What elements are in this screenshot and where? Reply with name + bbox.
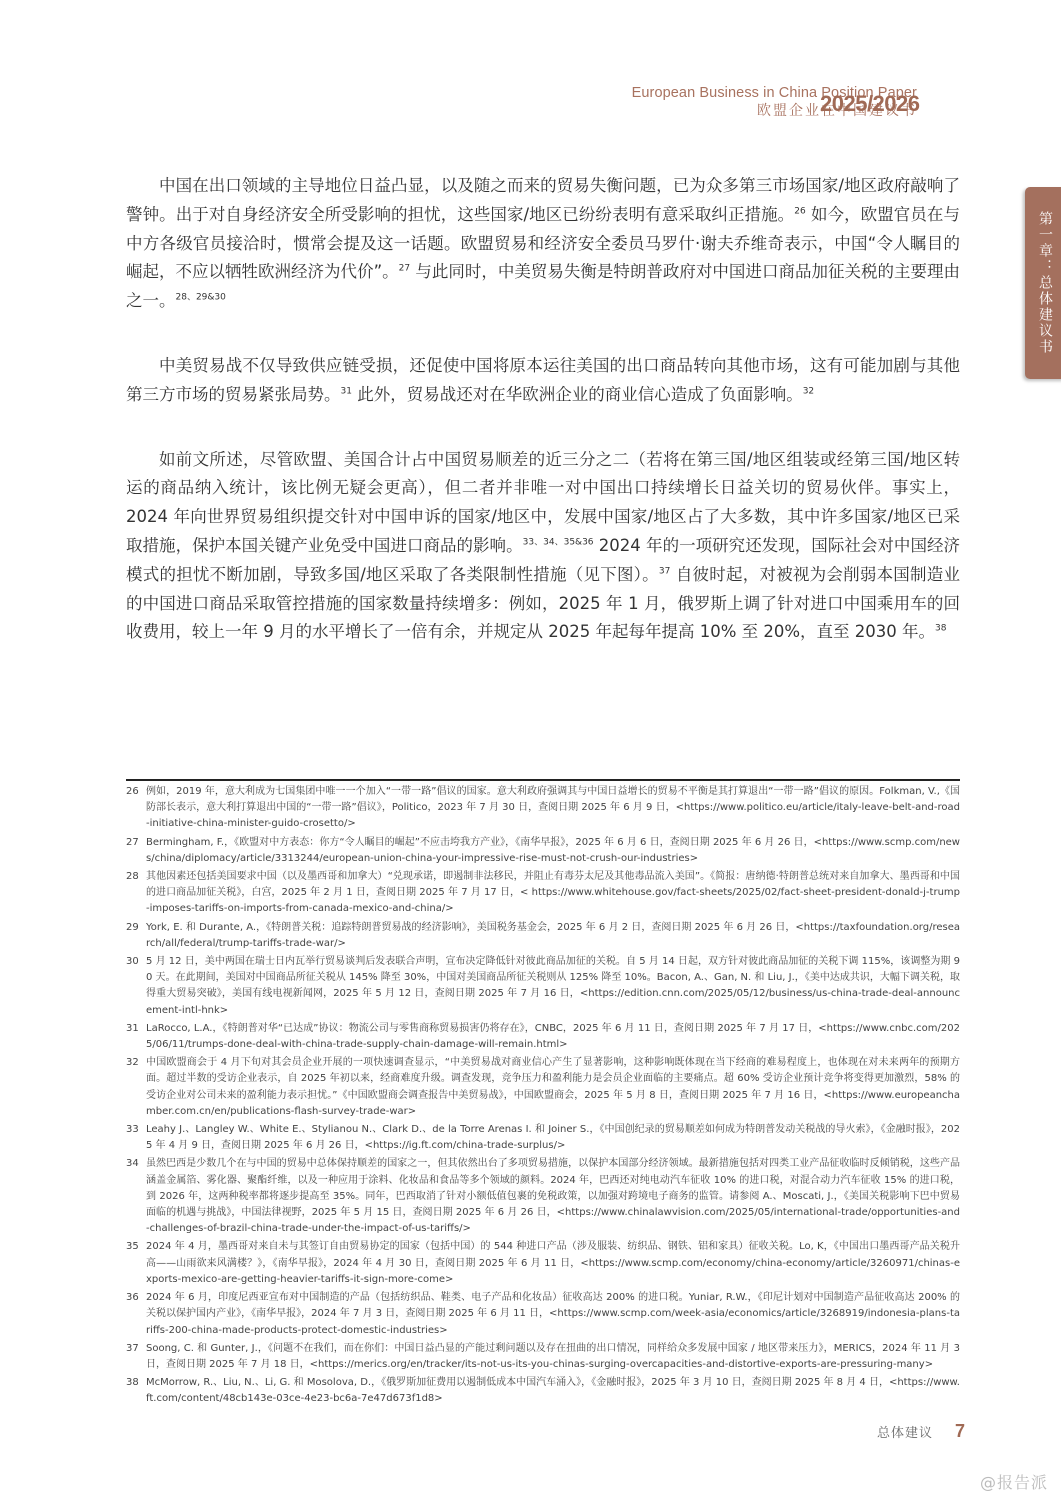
footnote-text: Bermingham, F.，《欧盟对中方表态：你方“令人瞩目的崛起”不应击垮我… — [146, 835, 960, 867]
footnote-text: 虽然巴西是少数几个在与中国的贸易中总体保持顺差的国家之一，但其依然出台了多项贸易… — [146, 1156, 960, 1237]
footnote-number: 26 — [126, 784, 146, 833]
footnote-item: 34虽然巴西是少数几个在与中国的贸易中总体保持顺差的国家之一，但其依然出台了多项… — [126, 1156, 960, 1237]
footnote-number: 34 — [126, 1156, 146, 1237]
footnote-ref[interactable]: 31 — [341, 386, 352, 396]
footnote-text: 其他因素还包括美国要求中国（以及墨西哥和加拿大）“兑现承诺，即遏制非法移民，并阻… — [146, 869, 960, 918]
footnote-text: 例如，2019 年，意大利成为七国集团中唯一一个加入“一带一路”倡议的国家。意大… — [146, 784, 960, 833]
footnote-number: 35 — [126, 1239, 146, 1288]
paragraph: 如前文所述，尽管欧盟、美国合计占中国贸易顺差的近三分之二（若将在第三国/地区组装… — [126, 446, 960, 648]
footnote-item: 362024 年 6 月，印度尼西亚宣布对中国制造的产品（包括纺织品、鞋类、电子… — [126, 1290, 960, 1339]
footnote-item: 37Soong, C. 和 Gunter, J.，《问题不在我们，而在你们：中国… — [126, 1341, 960, 1373]
footnote-item: 26例如，2019 年，意大利成为七国集团中唯一一个加入“一带一路”倡议的国家。… — [126, 784, 960, 833]
footnote-number: 33 — [126, 1122, 146, 1154]
body-text: 中国在出口领域的主导地位日益凸显，以及随之而来的贸易失衡问题，已为众多第三市场国… — [126, 172, 960, 683]
footnote-number: 30 — [126, 954, 146, 1019]
footnote-text: 5 月 12 日，美中两国在瑞士日内瓦举行贸易谈判后发表联合声明，宣布决定降低针… — [146, 954, 960, 1019]
chapter-side-tab-label: 第一章：总体建议书 — [1035, 211, 1055, 355]
footnote-text: McMorrow, R.、Liu, N.、Li, G. 和 Mosolova, … — [146, 1375, 960, 1407]
footnote-item: 33Leahy J.、Langley W.、White E.、Stylianou… — [126, 1122, 960, 1154]
footnote-item: 38McMorrow, R.、Liu, N.、Li, G. 和 Mosolova… — [126, 1375, 960, 1407]
footnote-item: 352024 年 4 月，墨西哥对来自未与其签订自由贸易协定的国家（包括中国）的… — [126, 1239, 960, 1288]
footnote-text: 2024 年 6 月，印度尼西亚宣布对中国制造的产品（包括纺织品、鞋类、电子产品… — [146, 1290, 960, 1339]
footnote-text: York, E. 和 Durante, A.，《特朗普关税：追踪特朗普贸易战的经… — [146, 920, 960, 952]
header-year: 2025/2026 — [820, 91, 920, 117]
footnote-number: 38 — [126, 1375, 146, 1407]
footnote-text: Leahy J.、Langley W.、White E.、Stylianou N… — [146, 1122, 960, 1154]
page-number: 7 — [955, 1421, 965, 1442]
footnote-number: 29 — [126, 920, 146, 952]
footnote-number: 32 — [126, 1055, 146, 1120]
footnotes: 26例如，2019 年，意大利成为七国集团中唯一一个加入“一带一路”倡议的国家。… — [126, 784, 960, 1410]
footnote-item: 28其他因素还包括美国要求中国（以及墨西哥和加拿大）“兑现承诺，即遏制非法移民，… — [126, 869, 960, 918]
footnote-divider — [126, 779, 960, 781]
footnote-text: 中国欧盟商会于 4 月下旬对其会员企业开展的一项快速调查显示，“中美贸易战对商业… — [146, 1055, 960, 1120]
footnote-ref[interactable]: 27 — [399, 264, 410, 274]
footnote-ref[interactable]: 32 — [803, 386, 814, 396]
footnote-number: 37 — [126, 1341, 146, 1373]
watermark: @报告派 — [980, 1470, 1048, 1493]
footnote-item: 27Bermingham, F.，《欧盟对中方表态：你方“令人瞩目的崛起”不应击… — [126, 835, 960, 867]
footnote-item: 32中国欧盟商会于 4 月下旬对其会员企业开展的一项快速调查显示，“中美贸易战对… — [126, 1055, 960, 1120]
footnote-item: 305 月 12 日，美中两国在瑞士日内瓦举行贸易谈判后发表联合声明，宣布决定降… — [126, 954, 960, 1019]
paragraph: 中美贸易战不仅导致供应链受损，还促使中国将原本运往美国的出口商品转向其他市场，这… — [126, 352, 960, 410]
footnote-number: 28 — [126, 869, 146, 918]
paragraph: 中国在出口领域的主导地位日益凸显，以及随之而来的贸易失衡问题，已为众多第三市场国… — [126, 172, 960, 316]
footnote-item: 31LaRocco, L.A.，《特朗普对华“已达成”协议：物流公司与零售商称贸… — [126, 1021, 960, 1053]
footnote-ref[interactable]: 33、34、35&36 — [523, 537, 594, 547]
page-footer: 总体建议 7 — [877, 1421, 965, 1442]
footnote-ref[interactable]: 26 — [794, 206, 805, 216]
footnote-ref[interactable]: 38 — [935, 624, 946, 634]
footnote-ref[interactable]: 37 — [659, 566, 670, 576]
footnote-text: 2024 年 4 月，墨西哥对来自未与其签订自由贸易协定的国家（包括中国）的 5… — [146, 1239, 960, 1288]
chapter-side-tab[interactable]: 第一章：总体建议书 — [1025, 187, 1061, 379]
footnote-text: Soong, C. 和 Gunter, J.，《问题不在我们，而在你们：中国日益… — [146, 1341, 960, 1373]
footnote-number: 31 — [126, 1021, 146, 1053]
footnote-number: 36 — [126, 1290, 146, 1339]
footnote-item: 29York, E. 和 Durante, A.，《特朗普关税：追踪特朗普贸易战… — [126, 920, 960, 952]
footer-section-label: 总体建议 — [877, 1422, 933, 1441]
footnote-text: LaRocco, L.A.，《特朗普对华“已达成”协议：物流公司与零售商称贸易损… — [146, 1021, 960, 1053]
footnote-number: 27 — [126, 835, 146, 867]
footnote-ref[interactable]: 28、29&30 — [176, 293, 226, 303]
